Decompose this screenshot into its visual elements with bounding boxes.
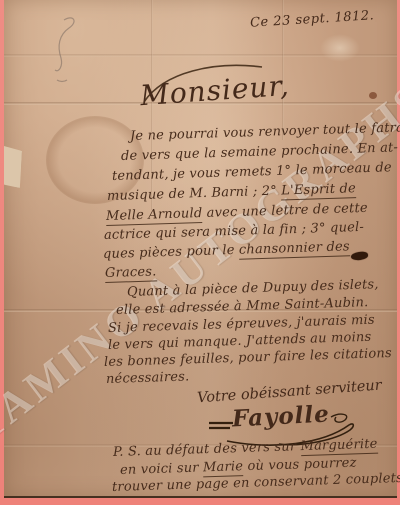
pencil-mark bbox=[42, 12, 86, 88]
letter-line: Graces. bbox=[105, 264, 157, 281]
foxing-spot bbox=[369, 92, 377, 99]
letter-photograph: TAMINO AUTOGRAPHS Ce 23 sept. 1812. Mons… bbox=[0, 0, 400, 505]
tape-remnant bbox=[4, 146, 22, 188]
letter-line: nécessaires. bbox=[106, 369, 190, 387]
worn-spot bbox=[320, 34, 360, 62]
